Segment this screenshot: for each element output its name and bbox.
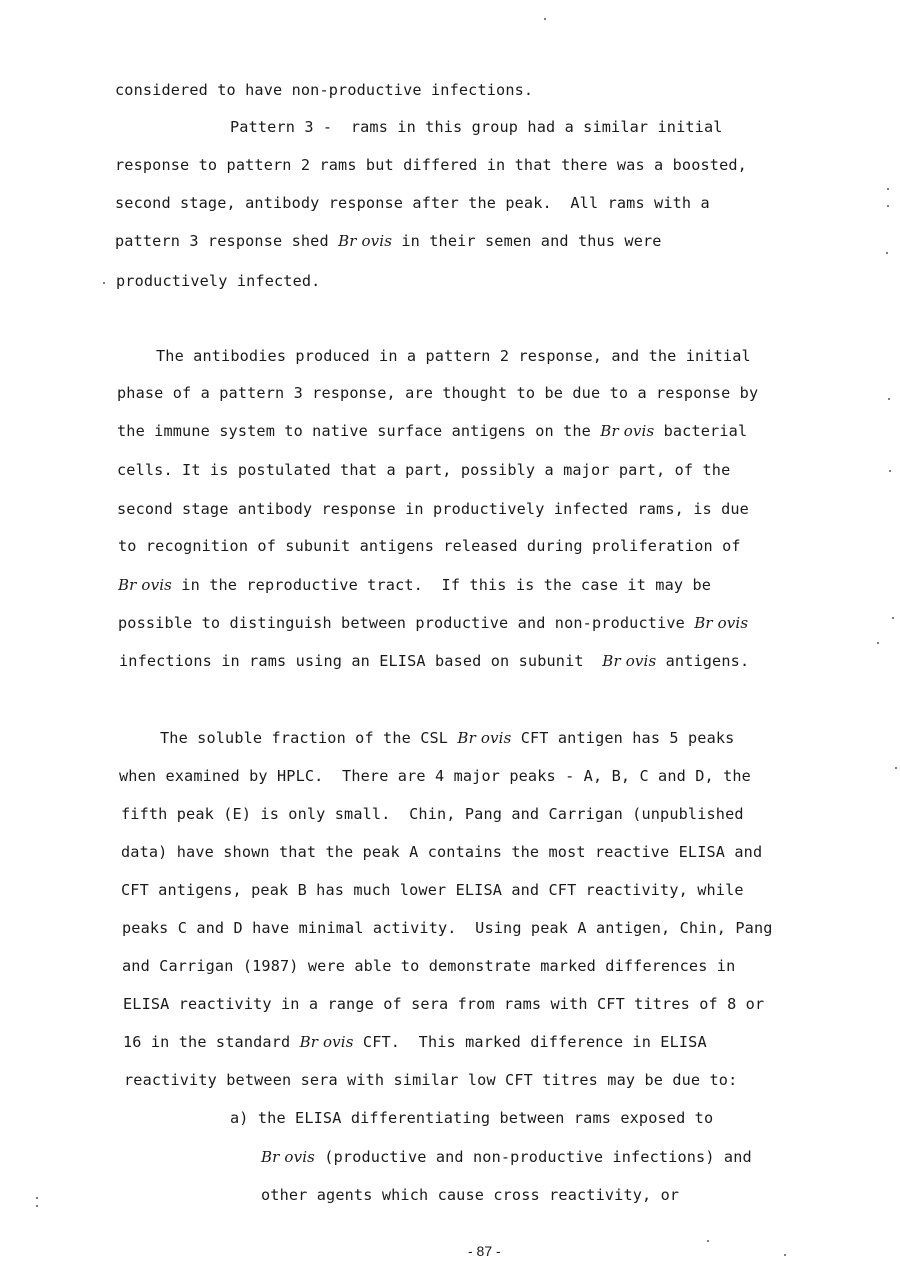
scan-speck (36, 1197, 38, 1199)
scan-speck (544, 18, 546, 20)
text-line: The antibodies produced in a pattern 2 r… (156, 346, 751, 366)
scan-speck (895, 767, 897, 769)
text-line: productively infected. (116, 271, 320, 291)
scan-speck (36, 1205, 38, 1207)
text-line: a) the ELISA differentiating between ram… (230, 1108, 713, 1128)
species-name: Br ovis (602, 652, 656, 670)
text-line: CFT antigens, peak B has much lower ELIS… (121, 880, 744, 900)
text-span: 16 in the standard (123, 1033, 300, 1051)
text-span: CFT. This marked difference in ELISA (354, 1033, 707, 1051)
text-line: pattern 3 response shed Br ovis in their… (115, 231, 662, 251)
scan-speck (888, 398, 890, 400)
text-span: phase of a pattern 3 response, are thoug… (117, 384, 758, 402)
text-line: considered to have non-productive infect… (115, 80, 533, 100)
text-span: The antibodies produced in a pattern 2 r… (156, 347, 751, 365)
text-span: other agents which cause cross reactivit… (261, 1186, 679, 1204)
text-line: The soluble fraction of the CSL Br ovis … (160, 728, 734, 748)
text-span: infections in rams using an ELISA based … (119, 652, 602, 670)
text-line: fifth peak (E) is only small. Chin, Pang… (121, 804, 744, 824)
text-line: the immune system to native surface anti… (117, 421, 747, 441)
species-name: Br ovis (457, 729, 511, 747)
text-span: to recognition of subunit antigens relea… (118, 537, 741, 555)
text-line: 16 in the standard Br ovis CFT. This mar… (123, 1032, 707, 1052)
text-span: and Carrigan (1987) were able to demonst… (122, 957, 735, 975)
text-span: cells. It is postulated that a part, pos… (117, 461, 730, 479)
text-line: second stage, antibody response after th… (115, 193, 710, 213)
scan-speck (892, 617, 894, 619)
scan-speck (887, 205, 889, 207)
species-name: Br ovis (694, 614, 748, 632)
text-line: other agents which cause cross reactivit… (261, 1185, 679, 1205)
text-line: phase of a pattern 3 response, are thoug… (117, 383, 758, 403)
text-span: bacterial (654, 422, 747, 440)
scan-speck (886, 252, 888, 254)
text-span: pattern 3 response shed (115, 232, 338, 250)
text-line: Pattern 3 - rams in this group had a sim… (230, 117, 723, 137)
species-name: Br ovis (338, 232, 392, 250)
text-line: ELISA reactivity in a range of sera from… (123, 994, 764, 1014)
text-span: CFT antigens, peak B has much lower ELIS… (121, 881, 744, 899)
text-span: fifth peak (E) is only small. Chin, Pang… (121, 805, 744, 823)
text-span: the immune system to native surface anti… (117, 422, 600, 440)
text-line: peaks C and D have minimal activity. Usi… (122, 918, 773, 938)
scan-speck (103, 282, 105, 284)
text-span: data) have shown that the peak A contain… (121, 843, 762, 861)
species-name: Br ovis (300, 1033, 354, 1051)
species-name: Br ovis (600, 422, 654, 440)
text-span: peaks C and D have minimal activity. Usi… (122, 919, 773, 937)
page-number: - 87 - (468, 1243, 501, 1259)
text-span: antigens. (656, 652, 749, 670)
species-name: Br ovis (118, 576, 172, 594)
text-line: cells. It is postulated that a part, pos… (117, 460, 730, 480)
text-line: Br ovis in the reproductive tract. If th… (118, 575, 711, 595)
text-span: CFT antigen has 5 peaks (511, 729, 734, 747)
text-span: ELISA reactivity in a range of sera from… (123, 995, 764, 1013)
text-span: Pattern 3 - rams in this group had a sim… (230, 118, 723, 136)
text-span: second stage, antibody response after th… (115, 194, 710, 212)
text-line: reactivity between sera with similar low… (124, 1070, 737, 1090)
text-span: response to pattern 2 rams but differed … (115, 156, 747, 174)
text-line: possible to distinguish between producti… (118, 613, 748, 633)
text-span: The soluble fraction of the CSL (160, 729, 457, 747)
scan-speck (889, 470, 891, 472)
text-span: productively infected. (116, 272, 320, 290)
text-line: infections in rams using an ELISA based … (119, 651, 749, 671)
text-span: in the reproductive tract. If this is th… (172, 576, 711, 594)
text-line: second stage antibody response in produc… (117, 499, 749, 519)
species-name: Br ovis (261, 1148, 315, 1166)
text-line: Br ovis (productive and non-productive i… (261, 1147, 752, 1167)
text-span: a) the ELISA differentiating between ram… (230, 1109, 713, 1127)
text-span: considered to have non-productive infect… (115, 81, 533, 99)
text-span: reactivity between sera with similar low… (124, 1071, 737, 1089)
text-span: possible to distinguish between producti… (118, 614, 694, 632)
scan-speck (784, 1254, 786, 1256)
text-line: to recognition of subunit antigens relea… (118, 536, 741, 556)
scan-speck (707, 1240, 709, 1242)
text-span: (productive and non-productive infection… (315, 1148, 752, 1166)
text-span: in their semen and thus were (392, 232, 662, 250)
text-line: response to pattern 2 rams but differed … (115, 155, 747, 175)
text-line: when examined by HPLC. There are 4 major… (119, 766, 751, 786)
text-span: when examined by HPLC. There are 4 major… (119, 767, 751, 785)
text-span: second stage antibody response in produc… (117, 500, 749, 518)
text-line: data) have shown that the peak A contain… (121, 842, 762, 862)
text-line: and Carrigan (1987) were able to demonst… (122, 956, 735, 976)
scan-speck (887, 188, 889, 190)
scan-speck (877, 642, 879, 644)
